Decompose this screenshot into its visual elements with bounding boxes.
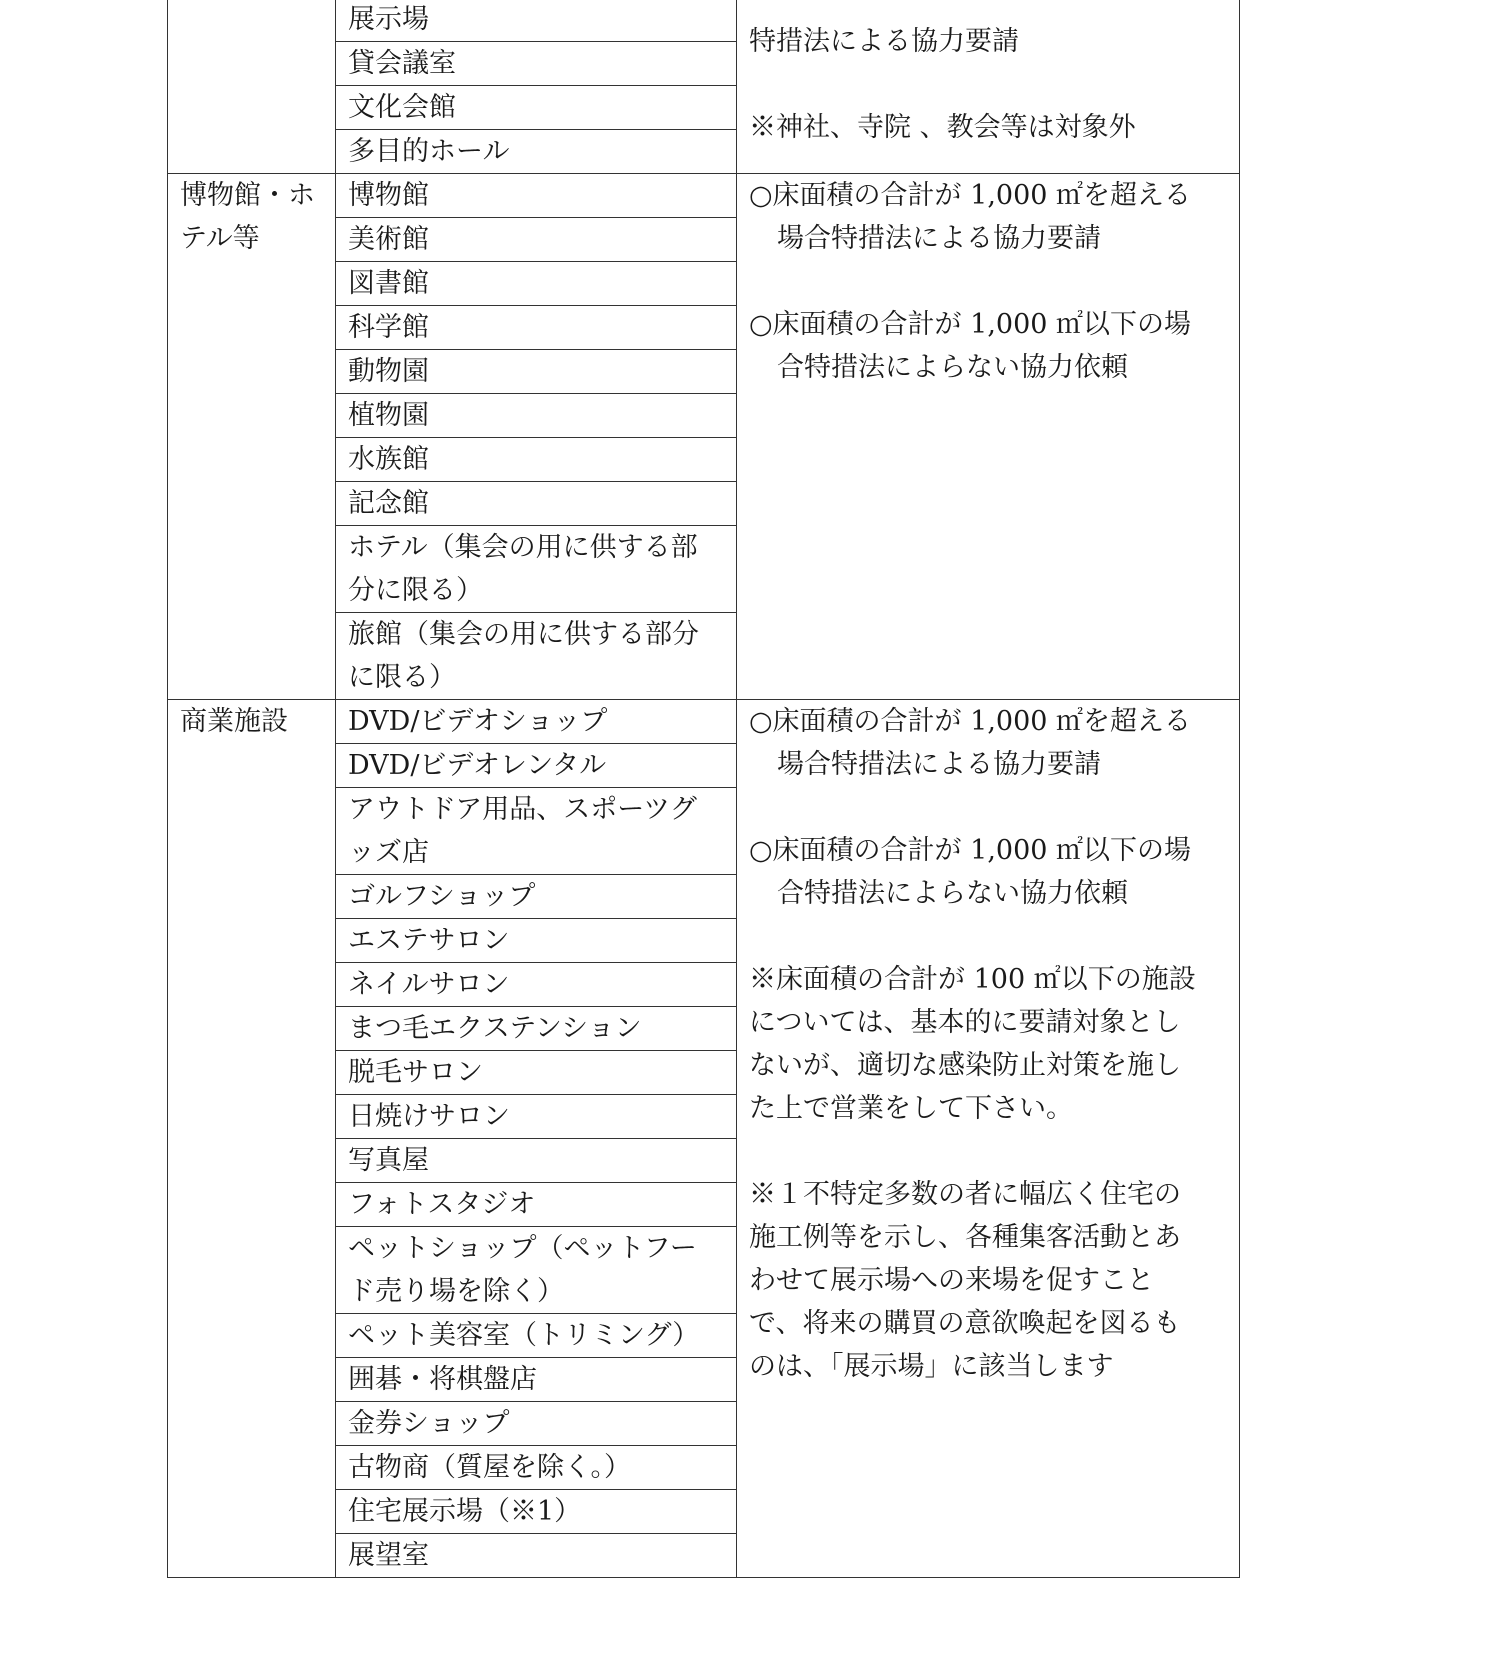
- facility-cell: 動物園: [336, 350, 737, 394]
- requirement-text: 場合特措法による協力要請: [749, 217, 1231, 260]
- footnote-1: ※１不特定多数の者に幅広く住宅の: [749, 1173, 1231, 1216]
- facility-cell: 記念館: [336, 482, 737, 526]
- facility-cell: エステサロン: [336, 919, 737, 963]
- requirement-text: ○床面積の合計が 1,000 ㎡を超える: [749, 700, 1231, 743]
- facility-cell: 金券ショップ: [336, 1402, 737, 1446]
- facility-label: 旅館（集会の用に供する部分: [348, 613, 736, 656]
- small-facility-note: た上で営業をして下さい。: [749, 1087, 1231, 1130]
- requirement-cell: ○床面積の合計が 1,000 ㎡を超える 場合特措法による協力要請 ○床面積の合…: [737, 700, 1240, 1578]
- footnote-1: 施工例等を示し、各種集客活動とあ: [749, 1216, 1231, 1259]
- requirement-text: ○床面積の合計が 1,000 ㎡以下の場: [749, 303, 1231, 346]
- facility-cell: 文化会館: [336, 86, 737, 130]
- category-label: 博物館・ホ: [180, 174, 335, 217]
- facility-cell: 古物商（質屋を除く。）: [336, 1446, 737, 1490]
- facility-label: ホテル（集会の用に供する部: [348, 526, 736, 569]
- facility-cell: 脱毛サロン: [336, 1051, 737, 1095]
- facility-cell: 住宅展示場（※1）: [336, 1490, 737, 1534]
- facility-cell: 展望室: [336, 1534, 737, 1578]
- requirement-text: ○床面積の合計が 1,000 ㎡を超える: [749, 174, 1231, 217]
- facility-label: 分に限る）: [348, 569, 736, 612]
- category-cell: [168, 0, 336, 174]
- facility-cell: フォトスタジオ: [336, 1183, 737, 1227]
- category-cell: 商業施設: [168, 700, 336, 1578]
- facility-cell: 多目的ホール: [336, 130, 737, 174]
- requirement-text: ○床面積の合計が 1,000 ㎡以下の場: [749, 829, 1231, 872]
- facility-cell: ゴルフショップ: [336, 875, 737, 919]
- requirement-cell: 特措法による協力要請 ※神社、寺院 、教会等は対象外: [737, 0, 1240, 174]
- footnote-1: のは、「展示場」に該当します: [749, 1345, 1231, 1388]
- facility-cell: ペット美容室（トリミング）: [336, 1314, 737, 1358]
- small-facility-note: ないが、適切な感染防止対策を施し: [749, 1044, 1231, 1087]
- facility-cell: まつ毛エクステンション: [336, 1007, 737, 1051]
- requirement-text: 場合特措法による協力要請: [749, 743, 1231, 786]
- facility-cell: 博物館: [336, 174, 737, 218]
- facility-cell: 旅館（集会の用に供する部分 に限る）: [336, 613, 737, 700]
- requirement-text: 合特措法によらない協力依頼: [749, 872, 1231, 915]
- facility-cell: ペットショップ（ペットフー ド売り場を除く）: [336, 1227, 737, 1314]
- facility-cell: ネイルサロン: [336, 963, 737, 1007]
- table-row: 展示場 特措法による協力要請 ※神社、寺院 、教会等は対象外: [168, 0, 1240, 42]
- facility-cell: 写真屋: [336, 1139, 737, 1183]
- requirement-cell: ○床面積の合計が 1,000 ㎡を超える 場合特措法による協力要請 ○床面積の合…: [737, 174, 1240, 700]
- facility-label: ペットショップ（ペットフー: [348, 1227, 736, 1270]
- facility-cell: アウトドア用品、スポーツグ ッズ店: [336, 788, 737, 875]
- facility-cell: 科学館: [336, 306, 737, 350]
- facility-table: 展示場 特措法による協力要請 ※神社、寺院 、教会等は対象外 貸会議室 文化会館…: [167, 0, 1240, 1578]
- requirement-text: 合特措法によらない協力依頼: [749, 346, 1231, 389]
- facility-label: ド売り場を除く）: [348, 1270, 736, 1313]
- facility-cell: DVD/ビデオレンタル: [336, 744, 737, 788]
- category-cell: 博物館・ホ テル等: [168, 174, 336, 700]
- facility-label: ッズ店: [348, 831, 736, 874]
- table-row: 博物館・ホ テル等 博物館 ○床面積の合計が 1,000 ㎡を超える 場合特措法…: [168, 174, 1240, 218]
- facility-cell: 図書館: [336, 262, 737, 306]
- facility-cell: DVD/ビデオショップ: [336, 700, 737, 744]
- table-row: 商業施設 DVD/ビデオショップ ○床面積の合計が 1,000 ㎡を超える 場合…: [168, 700, 1240, 744]
- footnote-1: わせて展示場への来場を促すこと: [749, 1259, 1231, 1302]
- exclusion-note: ※神社、寺院 、教会等は対象外: [749, 106, 1231, 149]
- facility-cell: 展示場: [336, 0, 737, 42]
- small-facility-note: については、基本的に要請対象とし: [749, 1001, 1231, 1044]
- facility-cell: 囲碁・将棋盤店: [336, 1358, 737, 1402]
- requirement-text: 特措法による協力要請: [749, 20, 1231, 63]
- facility-cell: 水族館: [336, 438, 737, 482]
- category-label: テル等: [180, 217, 335, 260]
- facility-cell: ホテル（集会の用に供する部 分に限る）: [336, 526, 737, 613]
- facility-label: アウトドア用品、スポーツグ: [348, 788, 736, 831]
- facility-cell: 植物園: [336, 394, 737, 438]
- footnote-1: で、将来の購買の意欲喚起を図るも: [749, 1302, 1231, 1345]
- small-facility-note: ※床面積の合計が 100 ㎡以下の施設: [749, 958, 1231, 1001]
- category-label: 商業施設: [180, 700, 335, 743]
- facility-label: に限る）: [348, 656, 736, 699]
- facility-cell: 貸会議室: [336, 42, 737, 86]
- facility-cell: 美術館: [336, 218, 737, 262]
- facility-cell: 日焼けサロン: [336, 1095, 737, 1139]
